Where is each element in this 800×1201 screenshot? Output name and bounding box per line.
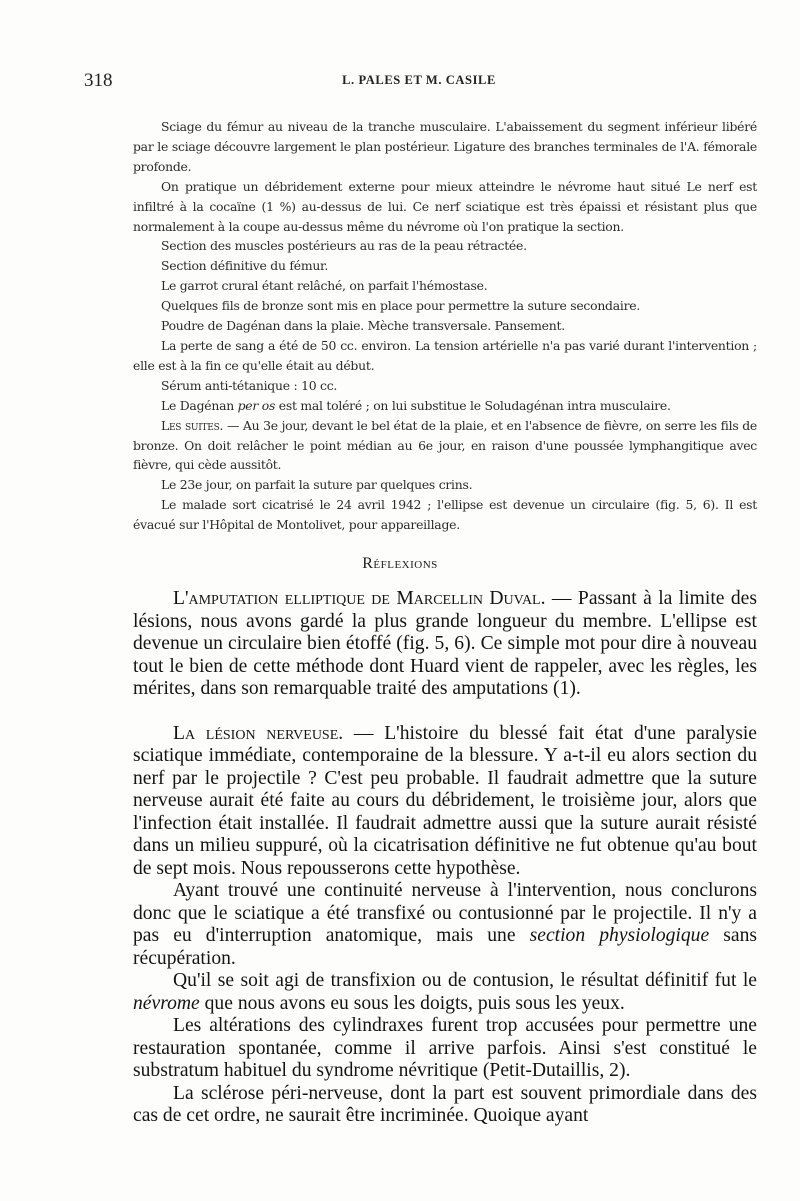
running-head: 318 L. PALES ET M. CASILE	[84, 70, 754, 94]
text: est mal toléré ; on lui substitue le Sol…	[275, 398, 671, 413]
paragraph: Sciage du fémur au niveau de la tranche …	[133, 117, 757, 177]
paragraph: Les altérations des cylindraxes furent t…	[133, 1015, 757, 1083]
paragraph-continuite: Ayant trouvé une continuité nerveuse à l…	[133, 880, 757, 970]
reflexions-text: L'amputation elliptique de Marcellin Duv…	[133, 588, 757, 1128]
paragraph: Poudre de Dagénan dans la plaie. Mèche t…	[133, 316, 757, 336]
paragraph-transfixion: Qu'il se soit agi de transfixion ou de c…	[133, 970, 757, 1015]
text: Le Dagénan	[161, 398, 238, 413]
run-in-heading: Les suites.	[161, 418, 223, 433]
paragraph: La perte de sang a été de 50 cc. environ…	[133, 336, 757, 376]
text: que nous avons eu sous les doigts, puis …	[200, 993, 625, 1014]
running-title: L. PALES ET M. CASILE	[84, 73, 754, 88]
paragraph: Le garrot crural étant relâché, on parfa…	[133, 276, 757, 296]
text: — L'histoire du blessé fait état d'une p…	[133, 723, 757, 879]
italic-term: per os	[238, 398, 275, 413]
paragraph: Quelques fils de bronze sont mis en plac…	[133, 296, 757, 316]
case-report-text: Sciage du fémur au niveau de la tranche …	[133, 117, 757, 535]
paragraph: Section des muscles postérieurs au ras d…	[133, 236, 757, 256]
section-heading: Réflexions	[0, 555, 800, 573]
paragraph: La sclérose péri-nerveuse, dont la part …	[133, 1083, 757, 1128]
paragraph: On pratique un débridement externe pour …	[133, 177, 757, 237]
text: Qu'il se soit agi de transfixion ou de c…	[173, 970, 757, 991]
paragraph: Section définitive du fémur.	[133, 256, 757, 276]
paragraph: Sérum anti-tétanique : 10 cc.	[133, 376, 757, 396]
text: — Au 3e jour, devant le bel état de la p…	[133, 418, 757, 473]
paragraph-amputation: L'amputation elliptique de Marcellin Duv…	[133, 588, 757, 701]
run-in-heading: La lésion nerveuse.	[173, 723, 343, 744]
paragraph-lesion: La lésion nerveuse. — L'histoire du bles…	[133, 723, 757, 881]
run-in-heading: L'amputation elliptique de Marcellin Duv…	[173, 588, 546, 609]
italic-term: section physiologique	[530, 925, 710, 946]
paragraph-dagenan: Le Dagénan per os est mal toléré ; on lu…	[133, 396, 757, 416]
italic-term: névrome	[133, 993, 200, 1014]
paragraph: Le 23e jour, on parfait la suture par qu…	[133, 475, 757, 495]
document-page: 318 L. PALES ET M. CASILE Sciage du fému…	[0, 0, 800, 1201]
paragraph-suites: Les suites. — Au 3e jour, devant le bel …	[133, 416, 757, 476]
paragraph: Le malade sort cicatrisé le 24 avril 194…	[133, 495, 757, 535]
